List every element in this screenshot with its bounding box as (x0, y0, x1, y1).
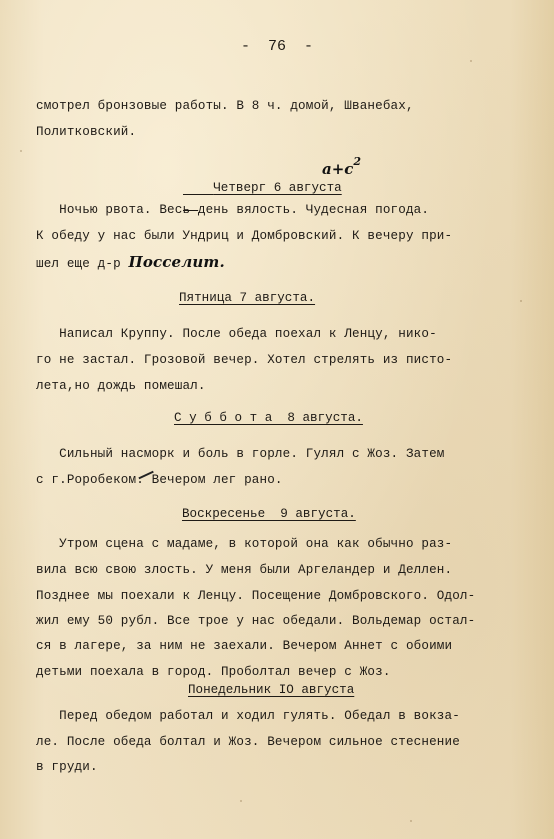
text-line: Перед обедом работал и ходил гулять. Обе… (36, 708, 460, 724)
entry-heading-monday: Понедельник IO августа (188, 682, 354, 698)
text-line: с г.Роробеком. Вечером лег рано. (36, 472, 283, 488)
text-line: лета,но дождь помешал. (36, 378, 206, 394)
paper-speck (410, 820, 412, 822)
page-number: - 76 - (0, 38, 554, 55)
paper-speck (470, 60, 472, 62)
text-line: Написал Круппу. После обеда поехал к Лен… (36, 326, 437, 342)
text-line: Ночью рвота. Весь день вялость. Чудесная… (36, 202, 429, 218)
paper-speck (240, 800, 242, 802)
text-line: го не застал. Грозовой вечер. Хотел стре… (36, 352, 452, 368)
handwritten-name: Посселит. (129, 254, 225, 270)
paper-speck (520, 300, 522, 302)
text-line: ле. После обеда болтал и Жоз. Вечером си… (36, 734, 460, 750)
entry-heading-friday: Пятница 7 августа. (179, 290, 315, 306)
text-line: шел еще д-р Посселит. (36, 254, 225, 272)
text-line: детьми поехала в город. Проболтал вечер … (36, 664, 391, 680)
text-line: смотрел бронзовые работы. В 8 ч. домой, … (36, 98, 414, 114)
entry-heading-saturday: С у б б о т а 8 августа. (174, 410, 363, 426)
document-page: - 76 - смотрел бронзовые работы. В 8 ч. … (0, 0, 554, 839)
text-line: в груди. (36, 759, 98, 775)
handwritten-annotation: а+с2 (322, 160, 361, 178)
text-line: Сильный насморк и боль в горле. Гулял с … (36, 446, 445, 462)
entry-heading-sunday: Воскресенье 9 августа. (182, 506, 356, 522)
text-line: Утром сцена с мадаме, в которой она как … (36, 536, 452, 552)
heading-text: Четверг 6 августа (213, 181, 341, 195)
text-line: К обеду у нас были Ундриц и Домбровский.… (36, 228, 452, 244)
text-line: Позднее мы поехали к Ленцу. Посещение До… (36, 588, 475, 604)
text-line: Политковский. (36, 124, 136, 140)
text-line: ся в лагере, за ним не заехали. Вечером … (36, 638, 452, 654)
text-line: вила всю свою злость. У меня были Аргела… (36, 562, 452, 578)
text-line: жил ему 50 рубл. Все трое у нас обедали.… (36, 613, 475, 629)
paper-speck (20, 150, 22, 152)
